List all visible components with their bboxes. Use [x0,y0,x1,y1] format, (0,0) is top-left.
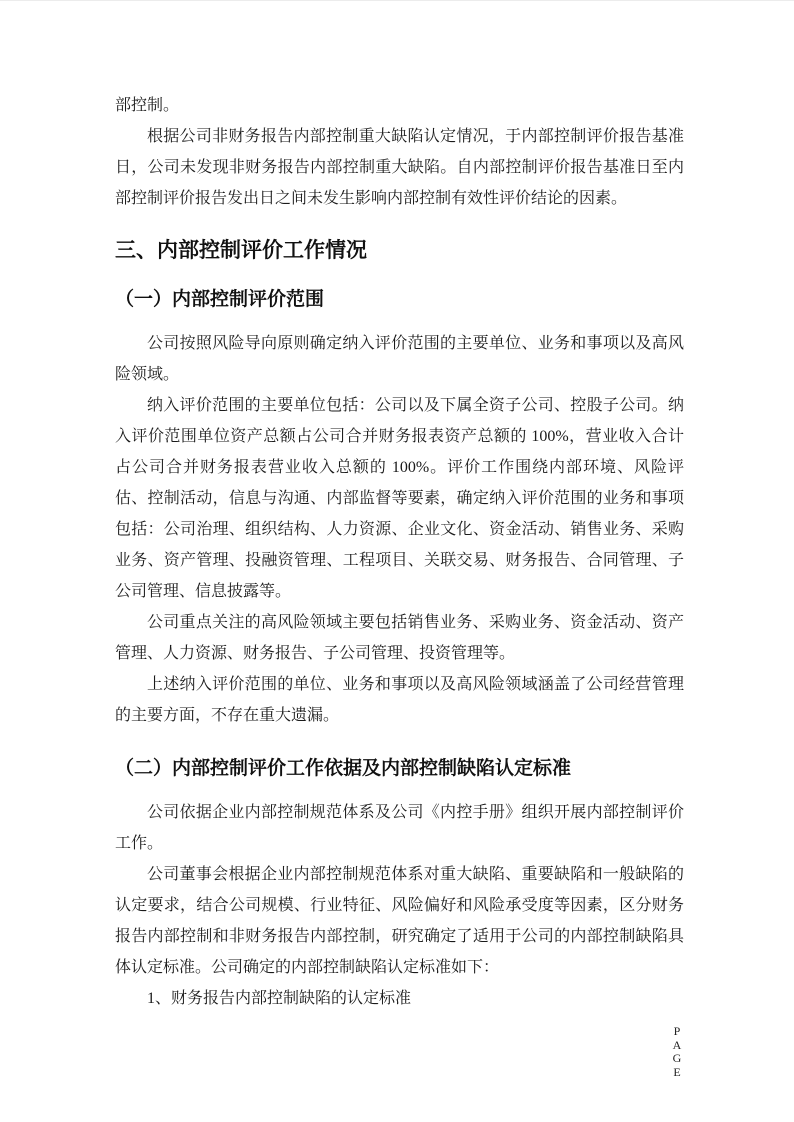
page-field-letter: G [669,1052,685,1066]
paragraph-high-risk-areas: 公司重点关注的高风险领域主要包括销售业务、采购业务、资金活动、资产管理、人力资源… [115,607,684,669]
page-field-letter: E [669,1066,685,1080]
paragraph-risk-oriented-principle: 公司按照风险导向原则确定纳入评价范围的主要单位、业务和事项以及高风险领域。 [115,328,684,390]
page-field-letter: A [669,1039,685,1053]
paragraph-evaluation-basis: 公司依据企业内部控制规范体系及公司《内控手册》组织开展内部控制评价工作。 [115,797,684,859]
paragraph-continued-from-previous-page: 部控制。 [115,90,684,121]
document-body: 部控制。 根据公司非财务报告内部控制重大缺陷认定情况，于内部控制评价报告基准日，… [115,1,684,1014]
paragraph-financial-report-defect-standards-item: 1、财务报告内部控制缺陷的认定标准 [115,983,684,1014]
paragraph-no-major-omissions: 上述纳入评价范围的单位、业务和事项以及高风险领域涵盖了公司经营管理的主要方面，不… [115,669,684,731]
subsection-heading-2-evaluation-basis-and-defect-standards: （二）内部控制评价工作依据及内部控制缺陷认定标准 [115,756,684,782]
paragraph-non-financial-defects: 根据公司非财务报告内部控制重大缺陷认定情况，于内部控制评价报告基准日，公司未发现… [115,121,684,214]
subsection-heading-1-evaluation-scope: （一）内部控制评价范围 [115,287,684,313]
document-page: 部控制。 根据公司非财务报告内部控制重大缺陷认定情况，于内部控制评价报告基准日，… [0,0,794,1122]
section-heading-3: 三、内部控制评价工作情况 [115,237,684,265]
page-number-field: P A G E [669,1025,685,1079]
page-field-letter: P [669,1025,685,1039]
paragraph-board-defect-standards: 公司董事会根据企业内部控制规范体系对重大缺陷、重要缺陷和一般缺陷的认定要求，结合… [115,859,684,983]
paragraph-evaluation-scope-units: 纳入评价范围的主要单位包括：公司以及下属全资子公司、控股子公司。纳入评价范围单位… [115,390,684,607]
